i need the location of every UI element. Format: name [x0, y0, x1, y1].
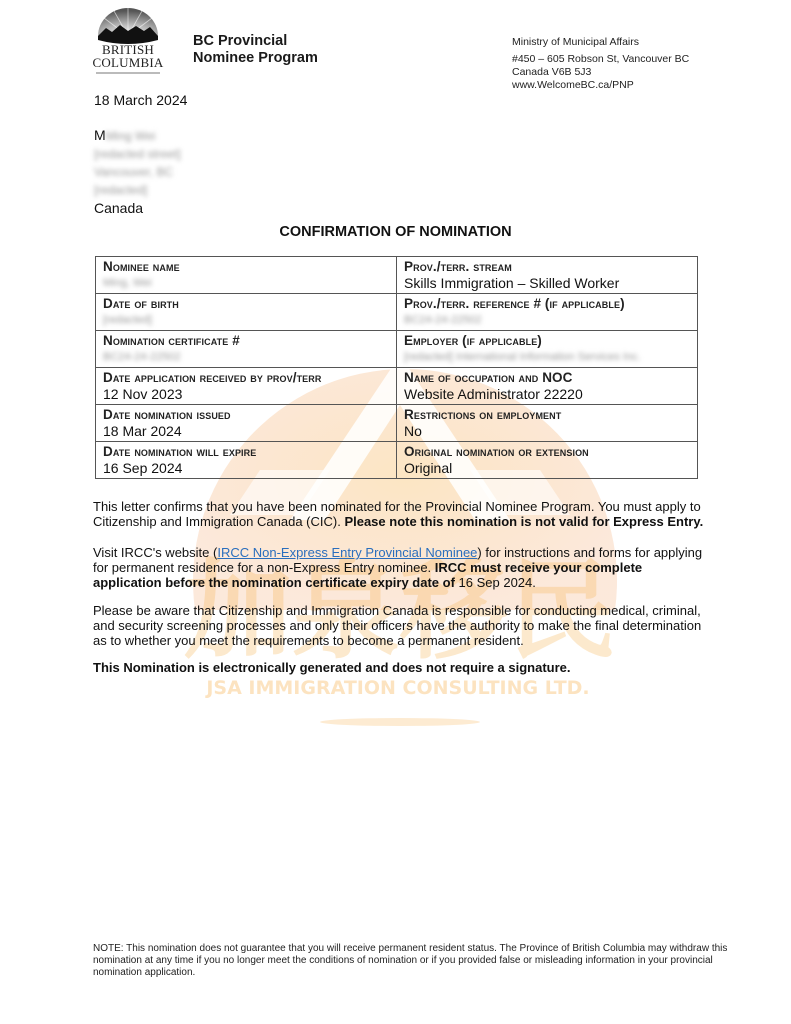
ministry-website: www.WelcomeBC.ca/PNP	[512, 79, 689, 92]
field-label: Date application received by prov/terr	[103, 369, 389, 386]
bc-logo-text: BRITISH COLUMBIA	[91, 43, 165, 69]
field-label: Date nomination issued	[103, 406, 389, 423]
table-row: Nomination certificate #BC24-24-22502Emp…	[96, 331, 698, 368]
paragraph-instructions: Visit IRCC's website (IRCC Non-Express E…	[93, 545, 708, 590]
table-row: Nominee nameMing, WeiProv./terr. streamS…	[96, 257, 698, 294]
table-cell: Date of birth[redacted]	[96, 294, 397, 331]
table-cell: Prov./terr. streamSkills Immigration – S…	[397, 257, 698, 294]
logo-rule	[96, 72, 160, 74]
field-value: [redacted] International Information Ser…	[404, 349, 690, 366]
table-cell: Employer (if applicable)[redacted] Inter…	[397, 331, 698, 368]
table-cell: Date nomination will expire16 Sep 2024	[96, 442, 397, 479]
document-title: CONFIRMATION OF NOMINATION	[0, 224, 791, 240]
table-cell: Restrictions on employmentNo	[397, 405, 698, 442]
program-name: BC Provincial Nominee Program	[193, 33, 318, 67]
field-label: Prov./terr. stream	[404, 258, 690, 275]
field-value: [redacted]	[103, 312, 389, 329]
field-label: Date of birth	[103, 295, 389, 312]
field-value: Skills Immigration – Skilled Worker	[404, 275, 690, 292]
table-cell: Prov./terr. reference # (if applicable)B…	[397, 294, 698, 331]
program-line-2: Nominee Program	[193, 50, 318, 67]
field-value: BC24-24-22502	[103, 349, 389, 366]
ircc-link[interactable]: IRCC Non-Express Entry Provincial Nomine…	[217, 545, 477, 560]
field-value: 18 Mar 2024	[103, 423, 389, 440]
field-value: 12 Nov 2023	[103, 386, 389, 403]
recipient-address: MMing Wei [redacted street] Vancouver, B…	[94, 126, 181, 217]
table-cell: Nominee nameMing, Wei	[96, 257, 397, 294]
field-value: No	[404, 423, 690, 440]
field-value: 16 Sep 2024	[103, 460, 389, 477]
paragraph-screening: Please be aware that Citizenship and Imm…	[93, 603, 708, 648]
paragraph-confirmation: This letter confirms that you have been …	[93, 499, 708, 529]
recipient-street: [redacted street]	[94, 145, 181, 163]
field-value: BC24-24-22502	[404, 312, 690, 329]
table-cell: Date nomination issued18 Mar 2024	[96, 405, 397, 442]
field-label: Prov./terr. reference # (if applicable)	[404, 295, 690, 312]
field-label: Employer (if applicable)	[404, 332, 690, 349]
nomination-details-table: Nominee nameMing, WeiProv./terr. streamS…	[95, 256, 698, 479]
express-entry-warning: Please note this nomination is not valid…	[344, 514, 703, 529]
ministry-address-block: Ministry of Municipal Affairs #450 – 605…	[512, 36, 689, 92]
recipient-country: Canada	[94, 199, 181, 217]
recipient-postal: [redacted]	[94, 181, 181, 199]
field-label: Restrictions on employment	[404, 406, 690, 423]
program-line-1: BC Provincial	[193, 33, 318, 50]
field-label: Original nomination or extension	[404, 443, 690, 460]
ministry-address-line-1: #450 – 605 Robson St, Vancouver BC	[512, 53, 689, 66]
table-cell: Nomination certificate #BC24-24-22502	[96, 331, 397, 368]
ministry-name: Ministry of Municipal Affairs	[512, 36, 689, 49]
table-row: Date application received by prov/terr12…	[96, 368, 698, 405]
footer-note: NOTE: This nomination does not guarantee…	[93, 943, 733, 979]
recipient-name: MMing Wei	[94, 126, 181, 145]
table-row: Date nomination will expire16 Sep 2024Or…	[96, 442, 698, 479]
table-cell: Name of occupation and NOCWebsite Admini…	[397, 368, 698, 405]
field-value: Ming, Wei	[103, 275, 389, 292]
ministry-address-line-2: Canada V6B 5J3	[512, 66, 689, 79]
field-label: Nominee name	[103, 258, 389, 275]
expiry-date-inline: 16 Sep 2024.	[455, 575, 536, 590]
table-row: Date of birth[redacted]Prov./terr. refer…	[96, 294, 698, 331]
recipient-city: Vancouver, BC	[94, 163, 181, 181]
field-label: Name of occupation and NOC	[404, 369, 690, 386]
field-label: Nomination certificate #	[103, 332, 389, 349]
letter-date: 18 March 2024	[94, 92, 187, 108]
logo-line-2: COLUMBIA	[91, 56, 165, 69]
table-cell: Original nomination or extensionOriginal	[397, 442, 698, 479]
table-row: Date nomination issued18 Mar 2024Restric…	[96, 405, 698, 442]
table-cell: Date application received by prov/terr12…	[96, 368, 397, 405]
field-label: Date nomination will expire	[103, 443, 389, 460]
field-value: Original	[404, 460, 690, 477]
field-value: Website Administrator 22220	[404, 386, 690, 403]
paragraph-signature-note: This Nomination is electronically genera…	[93, 660, 708, 675]
instructions-prefix: Visit IRCC's website (	[93, 545, 217, 560]
